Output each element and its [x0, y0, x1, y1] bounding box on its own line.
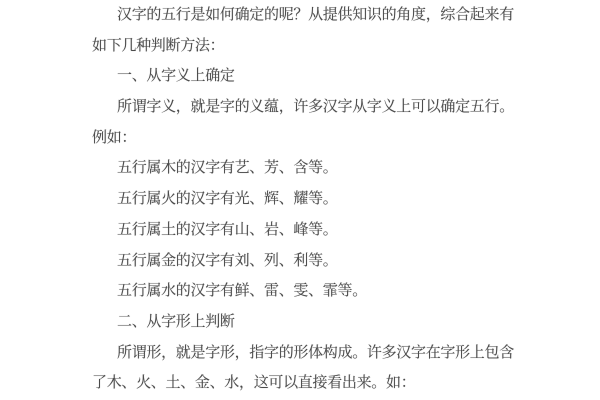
- text-line: 五行属火的汉字有光、辉、耀等。: [92, 184, 560, 215]
- text-line: 所谓字义，就是字的义蕴，许多汉字从字义上可以确定五行。: [92, 92, 560, 123]
- text-line: 了木、火、土、金、水，这可以直接看出来。如：: [92, 368, 560, 399]
- text-line: 五行属水的汉字有鲜、雷、雯、霏等。: [92, 276, 560, 307]
- section-heading: 二、从字形上判断: [92, 307, 560, 338]
- text-line: 如下几种判断方法：: [92, 31, 560, 62]
- text-line: 所谓形，就是字形，指字的形体构成。许多汉字在字形上包含: [92, 338, 560, 369]
- text-line: 五行属木的汉字有艺、芳、含等。: [92, 153, 560, 184]
- text-line: 汉字的五行是如何确定的呢？从提供知识的角度，综合起来有: [92, 0, 560, 31]
- section-heading: 一、从字义上确定: [92, 61, 560, 92]
- document-page: 汉字的五行是如何确定的呢？从提供知识的角度，综合起来有 如下几种判断方法： 一、…: [0, 0, 600, 400]
- text-line: 五行属金的汉字有刘、列、利等。: [92, 246, 560, 277]
- text-line: 五行属土的汉字有山、岩、峰等。: [92, 215, 560, 246]
- text-line: 例如：: [92, 123, 560, 154]
